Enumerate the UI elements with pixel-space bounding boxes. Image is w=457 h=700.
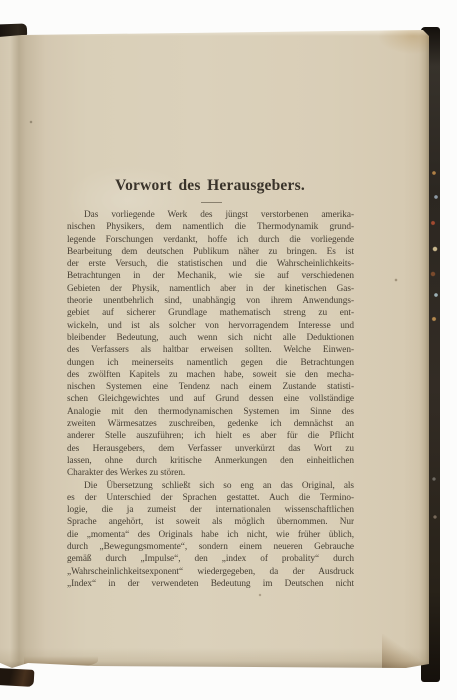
text-line: Die Übersetzung schließt sich so eng an … (67, 480, 354, 492)
text-line: zweiten Wärmesatzes zuschreiben, gedenke… (67, 418, 354, 430)
text-line: lassen, ohne durch kritische Anmerkungen… (67, 455, 354, 467)
text-line: wickeln, und ist als solcher von hervorr… (67, 320, 354, 332)
paragraph: Das vorliegende Werk des jüngst verstorb… (67, 209, 354, 480)
text-line: anderer Stelle auszuführen; ich hielt es… (67, 430, 354, 442)
text-line: gemäß durch „Impulse“, den „index of pro… (67, 553, 354, 565)
text-line: Analogie mit den thermodynamischen Syste… (67, 406, 354, 418)
text-line: Bearbeitung dem deutschen Publikum näher… (67, 246, 354, 258)
text-line: des zwölften Kapitels zu machen habe, so… (67, 369, 354, 381)
text-line: legende Forschungen verdankt, hoffe ich … (67, 234, 354, 246)
text-line: bleibender Bedeutung, auch wenn sich nic… (67, 332, 354, 344)
text-line: Gebieten der Physik, namentlich aber in … (67, 283, 354, 295)
title-divider (201, 202, 222, 203)
page-corner-curl (24, 651, 98, 668)
text-line: die „momenta“ des Originals habe ich nic… (67, 529, 354, 541)
text-line: nischen Systemen eine Tendenz nach einem… (67, 381, 354, 393)
text-line: des Herausgebers, dem Verfasser unverkür… (67, 443, 354, 455)
text-line: Charakter des Werkes zu stören. (67, 467, 354, 479)
text-line: „Index“ in der verwendeten Bedeutung im … (67, 578, 354, 590)
text-line: „Wahrscheinlichkeitsexponent“ wiedergege… (67, 566, 354, 578)
text-line: Betrachtungen in der Mechanik, wie sie a… (67, 270, 354, 282)
text-line: gebiet auf sicherer Grundlage mathematis… (67, 307, 354, 319)
text-line: logie, die ja zumeist der internationale… (67, 504, 354, 516)
book-photo: Vorwort des Herausgebers. Das vorliegend… (0, 0, 457, 700)
text-line: Das vorliegende Werk des jüngst verstorb… (67, 209, 354, 221)
text-line: der erste Versuch, die statistischen und… (67, 258, 354, 270)
text-line: dungen ich meinerseits namentlich gegen … (67, 357, 354, 369)
book-spine-edge-bottom (0, 668, 34, 687)
text-line: theorie unentbehrlich sind, unabhängig v… (67, 295, 354, 307)
text-line: durch „Bewegungsmomente“, sondern einem … (67, 541, 354, 553)
text-line: Sprache angehört, ist soweit als möglich… (67, 516, 354, 528)
text-line: nischen Physikers, dem namentlich die Th… (67, 221, 354, 233)
text-line: des Verfassers als haltbar erweisen soll… (67, 344, 354, 356)
text-block: Das vorliegende Werk des jüngst verstorb… (67, 209, 354, 590)
book-page: Vorwort des Herausgebers. Das vorliegend… (0, 30, 429, 670)
page-fore-edge-shadow (382, 634, 429, 670)
text-line: schen Gleichgewichtes und auf Grund dess… (67, 393, 354, 405)
paragraph: Die Übersetzung schließt sich so eng an … (67, 480, 354, 591)
page-title: Vorwort des Herausgebers. (66, 177, 354, 194)
text-line: es der Unterschied der Sprachen gestatte… (67, 492, 354, 504)
